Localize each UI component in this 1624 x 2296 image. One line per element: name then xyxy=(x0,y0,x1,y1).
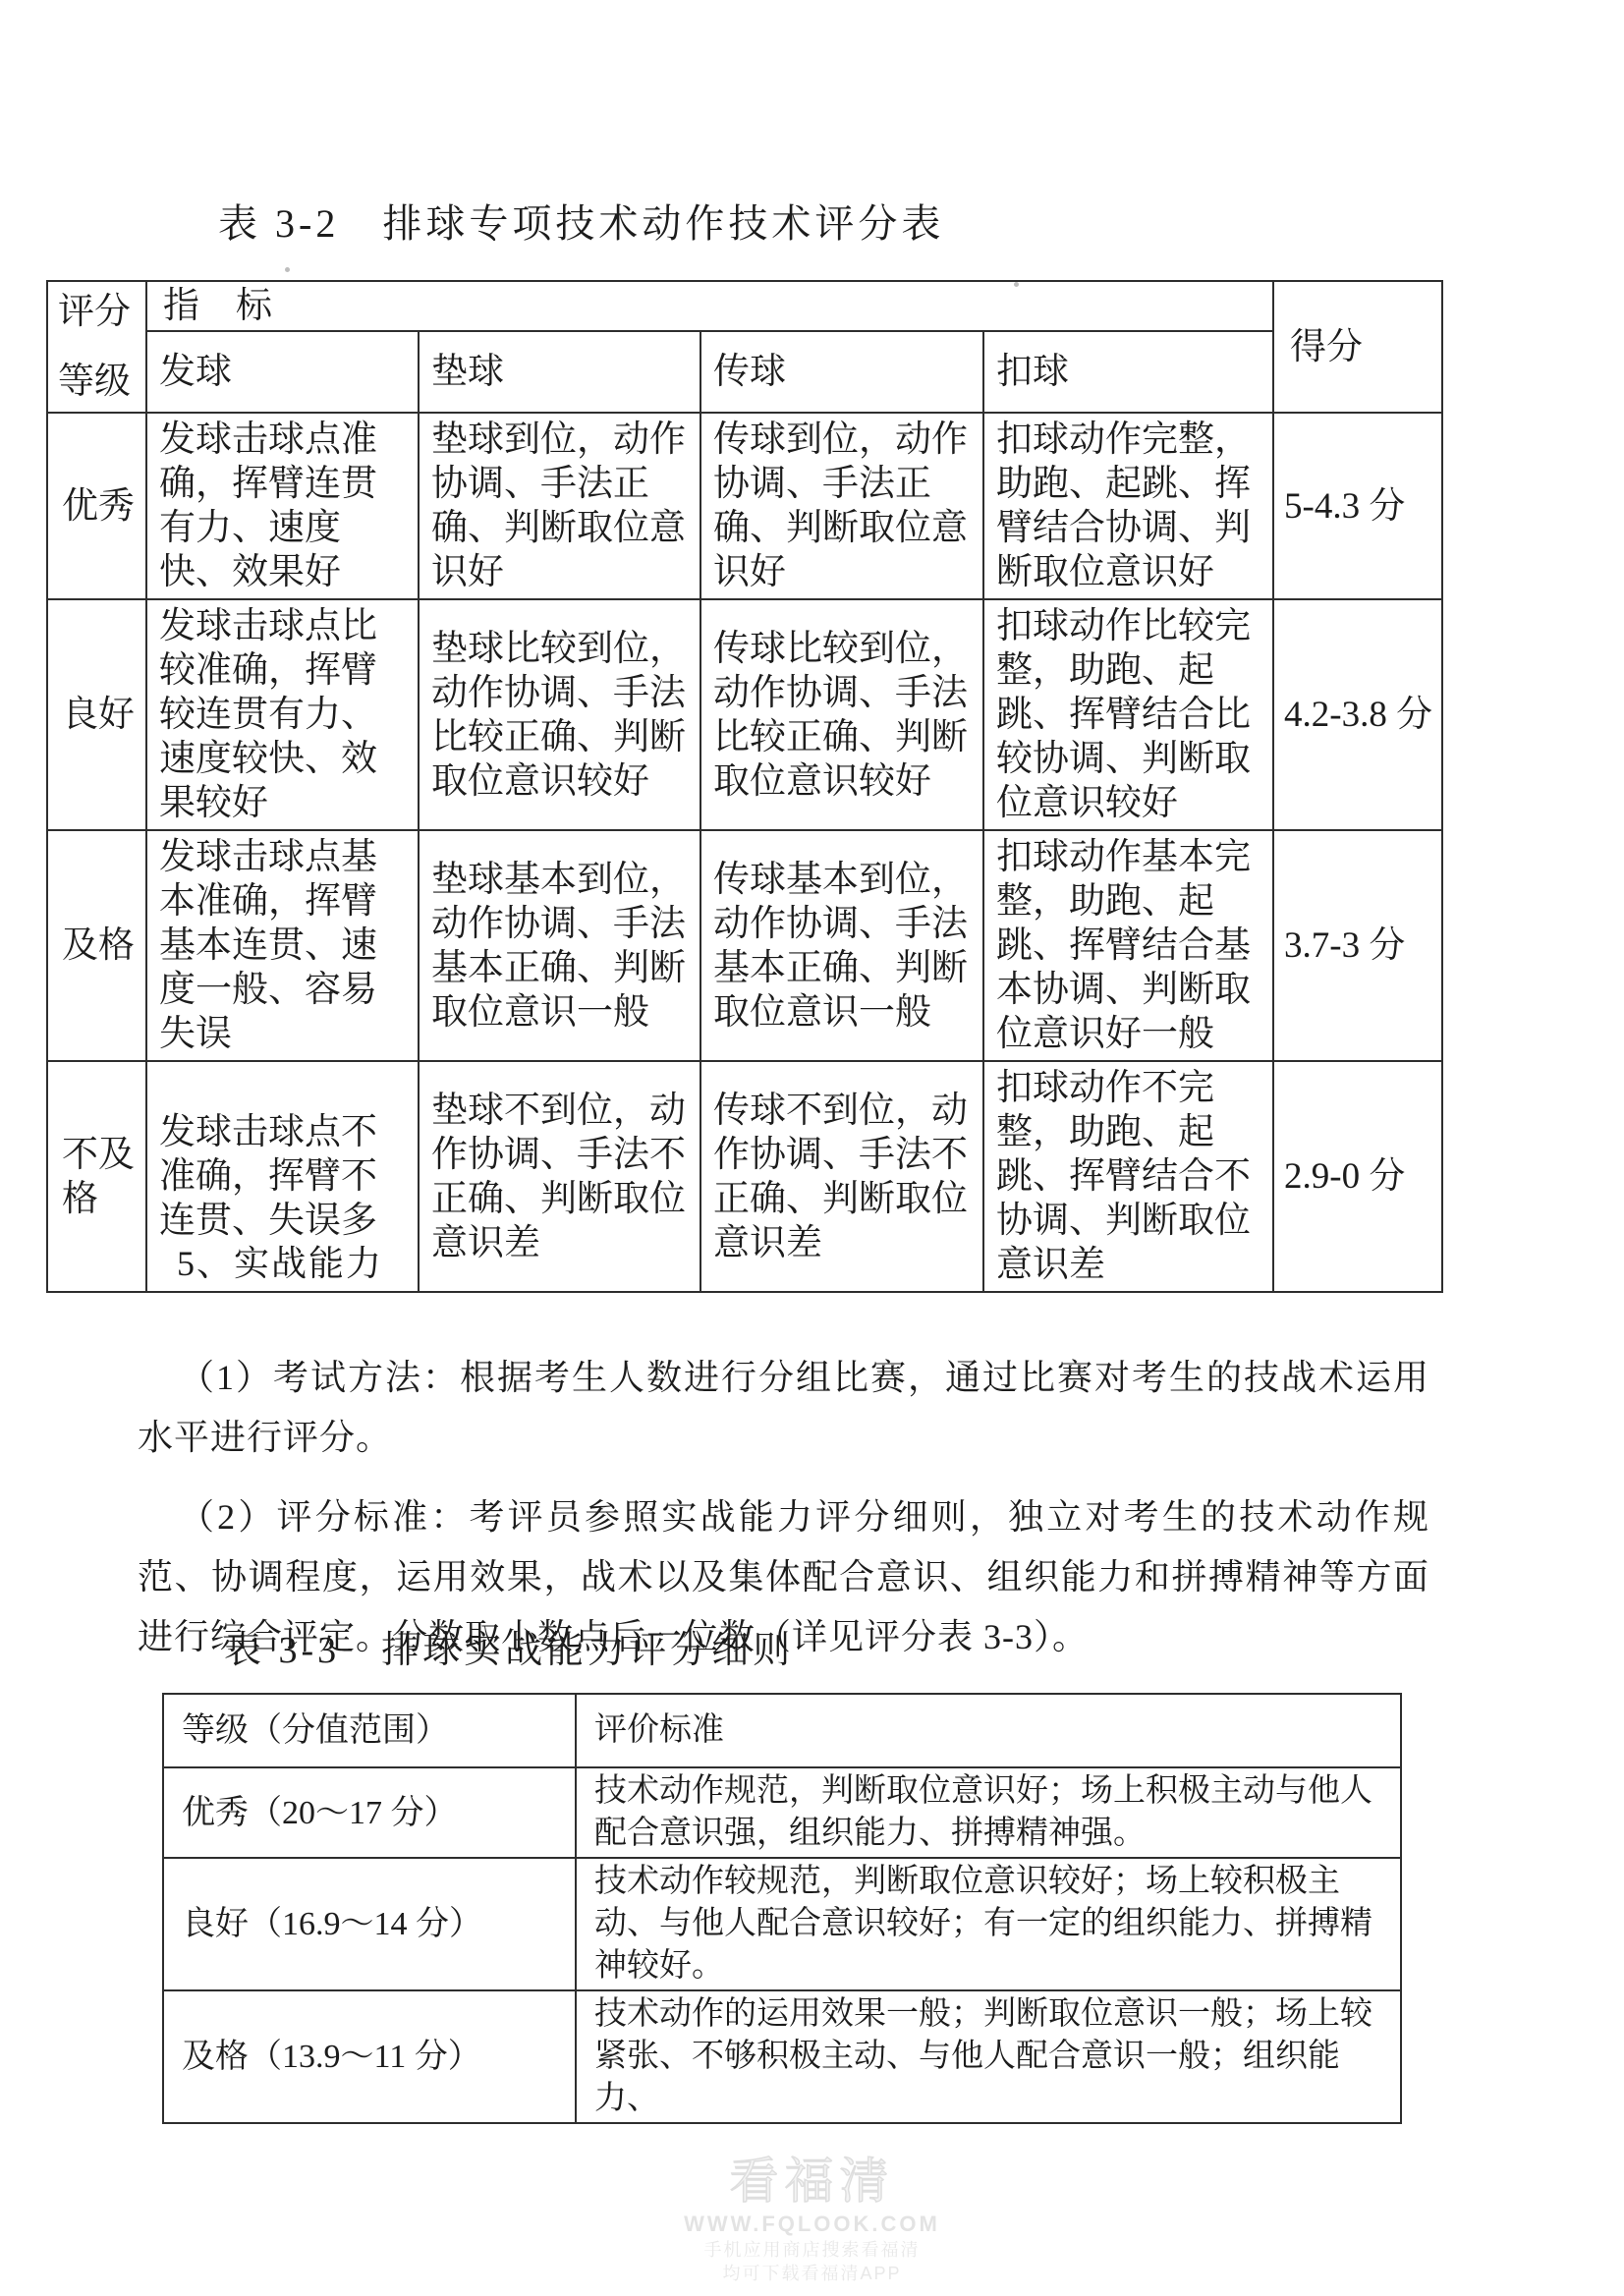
grade-axis-label-top: 评分 xyxy=(58,290,136,334)
scan-speck xyxy=(1014,282,1019,287)
spike-cell: 扣球动作完整，助跑、起跳、挥臂结合协调、判断取位意识好 xyxy=(983,413,1273,599)
section-heading: 5、实战能力 xyxy=(177,1236,383,1286)
spike-cell: 扣球动作不完整，助跑、起跳、挥臂结合不协调、判断取位意识差 xyxy=(983,1061,1273,1292)
table-row: 等级（分值范围） 评价标准 xyxy=(163,1694,1401,1767)
score-cell: 3.7-3 分 xyxy=(1273,830,1442,1061)
grade-cell: 良好 xyxy=(47,599,146,830)
dig-cell: 垫球不到位，动作协调、手法不正确、判断取位意识差 xyxy=(419,1061,700,1292)
grade-cell: 优秀 xyxy=(47,413,146,599)
table-row: 评分 等级 指 标 得分 xyxy=(47,281,1442,331)
column-header-serve: 发球 xyxy=(146,331,419,413)
table-row: 良好 发球击球点比较准确，挥臂较连贯有力、速度较快、效果较好 垫球比较到位，动作… xyxy=(47,599,1442,830)
grade-axis-header-cell: 评分 等级 xyxy=(47,281,146,413)
grade-axis-label-bottom: 等级 xyxy=(58,360,136,404)
table-row: 良好（16.9～14 分） 技术动作较规范，判断取位意识较好；场上较积极主动、与… xyxy=(163,1858,1401,1990)
watermark: 看福清 WWW.FQLOOK.COM 手机应用商店搜索看福清 均可下载看福清AP… xyxy=(0,2156,1624,2282)
table-row: 优秀 发球击球点准确，挥臂连贯有力、速度快、效果好 垫球到位，动作协调、手法正确… xyxy=(47,413,1442,599)
column-header-dig: 垫球 xyxy=(419,331,700,413)
table-3-3-title: 表 3-3 排球实战能力评分细则 xyxy=(224,1619,794,1673)
criteria-header-cell: 评价标准 xyxy=(576,1694,1401,1767)
pass-cell: 传球到位，动作协调、手法正确、判断取位意识好 xyxy=(700,413,983,599)
table-row: 优秀（20～17 分） 技术动作规范，判断取位意识好；场上积极主动与他人配合意识… xyxy=(163,1767,1401,1858)
pass-cell: 传球比较到位，动作协调、手法比较正确、判断取位意识较好 xyxy=(700,599,983,830)
column-header-spike: 扣球 xyxy=(983,331,1273,413)
serve-cell: 发球击球点基本准确，挥臂基本连贯、速度一般、容易失误 xyxy=(146,830,419,1061)
table-row: 及格 发球击球点基本准确，挥臂基本连贯、速度一般、容易失误 垫球基本到位，动作协… xyxy=(47,830,1442,1061)
table-3-2: 评分 等级 指 标 得分 发球 垫球 传球 扣球 优秀 发球击球点准确，挥臂连贯… xyxy=(46,280,1443,1293)
score-cell: 5-4.3 分 xyxy=(1273,413,1442,599)
watermark-url: WWW.FQLOOK.COM xyxy=(0,2213,1624,2235)
exam-method-paragraph: （1）考试方法：根据考生人数进行分组比赛，通过比赛对考生的技战术运用水平进行评分… xyxy=(138,1348,1429,1468)
watermark-line1: 手机应用商店搜索看福清 xyxy=(0,2241,1624,2259)
table-3-2-title: 表 3-2 排球专项技术动作技术评分表 xyxy=(218,193,944,249)
scan-speck xyxy=(285,267,290,272)
table-row: 及格（13.9～11 分） 技术动作的运用效果一般；判断取位意识一般；场上较紧张… xyxy=(163,1990,1401,2123)
grade-range-cell: 优秀（20～17 分） xyxy=(163,1767,576,1858)
score-header-cell: 得分 xyxy=(1273,281,1442,413)
table-row: 发球 垫球 传球 扣球 xyxy=(47,331,1442,413)
column-header-pass: 传球 xyxy=(700,331,983,413)
score-cell: 4.2-3.8 分 xyxy=(1273,599,1442,830)
grade-range-header-cell: 等级（分值范围） xyxy=(163,1694,576,1767)
watermark-line2: 均可下载看福清APP xyxy=(0,2265,1624,2282)
table-3-3: 等级（分值范围） 评价标准 优秀（20～17 分） 技术动作规范，判断取位意识好… xyxy=(162,1693,1402,2124)
score-cell: 2.9-0 分 xyxy=(1273,1061,1442,1292)
dig-cell: 垫球基本到位，动作协调、手法基本正确、判断取位意识一般 xyxy=(419,830,700,1061)
spike-cell: 扣球动作基本完整，助跑、起跳、挥臂结合基本协调、判断取位意识好一般 xyxy=(983,830,1273,1061)
grade-range-cell: 良好（16.9～14 分） xyxy=(163,1858,576,1990)
grade-range-cell: 及格（13.9～11 分） xyxy=(163,1990,576,2123)
pass-cell: 传球基本到位，动作协调、手法基本正确、判断取位意识一般 xyxy=(700,830,983,1061)
dig-cell: 垫球到位，动作协调、手法正确、判断取位意识好 xyxy=(419,413,700,599)
watermark-logo-text: 看福清 xyxy=(0,2156,1624,2206)
indicator-header-cell: 指 标 xyxy=(146,281,1273,331)
dig-cell: 垫球比较到位，动作协调、手法比较正确、判断取位意识较好 xyxy=(419,599,700,830)
spike-cell: 扣球动作比较完整，助跑、起跳、挥臂结合比较协调、判断取位意识较好 xyxy=(983,599,1273,830)
grade-cell: 及格 xyxy=(47,830,146,1061)
criteria-cell: 技术动作较规范，判断取位意识较好；场上较积极主动、与他人配合意识较好；有一定的组… xyxy=(576,1858,1401,1990)
criteria-cell: 技术动作规范，判断取位意识好；场上积极主动与他人配合意识强，组织能力、拼搏精神强… xyxy=(576,1767,1401,1858)
grade-cell: 不及格 xyxy=(47,1061,146,1292)
criteria-cell: 技术动作的运用效果一般；判断取位意识一般；场上较紧张、不够积极主动、与他人配合意… xyxy=(576,1990,1401,2123)
serve-cell: 发球击球点准确，挥臂连贯有力、速度快、效果好 xyxy=(146,413,419,599)
serve-cell: 发球击球点比较准确，挥臂较连贯有力、速度较快、效果较好 xyxy=(146,599,419,830)
document-page: 表 3-2 排球专项技术动作技术评分表 评分 等级 指 标 得分 发球 垫球 传… xyxy=(0,0,1624,2296)
pass-cell: 传球不到位，动作协调、手法不正确、判断取位意识差 xyxy=(700,1061,983,1292)
